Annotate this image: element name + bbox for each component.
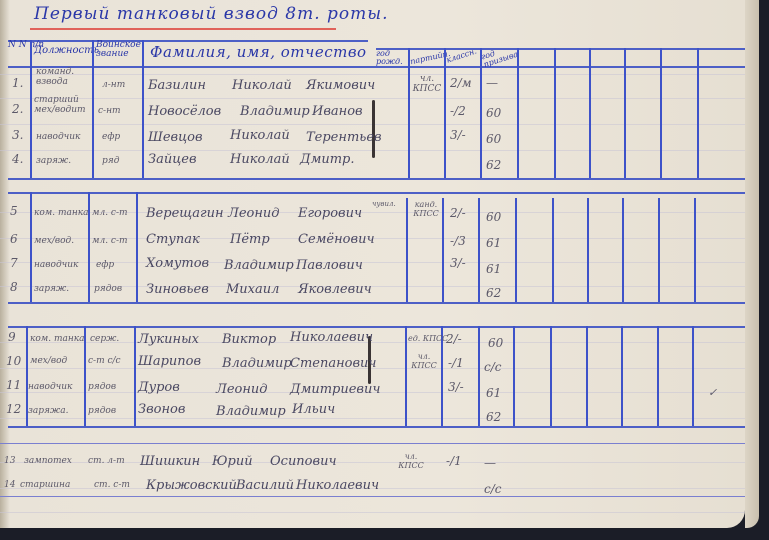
- cell-num: 1.: [12, 76, 23, 90]
- cell-call-year: 61: [486, 236, 501, 250]
- cell-class: 3/-: [450, 128, 466, 142]
- cell-surname: Зиновьев: [146, 282, 209, 297]
- cell-surname: Зайцев: [148, 152, 197, 167]
- cell-rank: с-т с/с: [88, 356, 121, 366]
- cell-name: Николай: [230, 128, 290, 143]
- cell-patronymic: Николаевич: [290, 330, 373, 345]
- cell-num: 11: [6, 378, 21, 392]
- cell-rank: ефр: [96, 260, 114, 270]
- cell-class: -/2: [450, 104, 466, 118]
- cell-class: -/1: [446, 454, 462, 468]
- cell-call-year: с/с: [484, 360, 501, 374]
- cell-rank: ст. с-т: [94, 480, 130, 490]
- cell-patronymic: Николаевич: [296, 478, 379, 493]
- cell-name: Василий: [236, 478, 294, 493]
- cell-name: Николай: [230, 152, 290, 167]
- cell-patronymic: Яковлевич: [298, 282, 372, 297]
- cell-party: ед. КПСС: [408, 334, 448, 343]
- cell-num: 4.: [12, 152, 23, 166]
- cell-name: Леонид: [216, 382, 268, 397]
- cell-call-year: —: [486, 76, 498, 90]
- cell-patronymic: Терентьев: [306, 130, 382, 145]
- cell-position: заряжа.: [28, 406, 68, 416]
- cell-patronymic: Осипович: [270, 454, 337, 469]
- cell-position: команд. взвода: [36, 68, 88, 88]
- cell-surname: Новосёлов: [148, 104, 221, 119]
- cell-num: 5: [10, 204, 18, 218]
- cell-position: ком. танка: [34, 208, 89, 218]
- header-fio: Фамилия, имя, отчество: [150, 45, 367, 61]
- cell-party: чл. КПСС: [408, 352, 440, 370]
- cell-surname: Дуров: [138, 380, 180, 395]
- cell-call-year: 62: [486, 286, 501, 300]
- cell-rank: с-нт: [98, 106, 121, 116]
- cell-num: 2.: [12, 102, 23, 116]
- cell-surname: Базилин: [148, 78, 206, 93]
- cell-position: наводчик: [28, 382, 72, 392]
- cell-rank: мл. с-т: [92, 236, 128, 246]
- cell-num: 7: [10, 256, 18, 270]
- cell-surname: Верещагин: [146, 206, 224, 221]
- cell-patronymic: Иванов: [312, 104, 363, 119]
- page-edge: [745, 0, 759, 528]
- cell-name: Николай: [232, 78, 292, 93]
- cell-call-year: 61: [486, 262, 501, 276]
- cell-num: 12: [6, 402, 21, 416]
- cell-call-year: 60: [486, 132, 501, 146]
- cell-surname: Звонов: [138, 402, 185, 417]
- cell-call-year: —: [484, 456, 496, 470]
- cell-num: 6: [10, 232, 18, 246]
- cell-position: мех/вод: [30, 356, 67, 366]
- pencil-bracket: [372, 100, 375, 158]
- cell-class: -/3: [450, 234, 466, 248]
- header-birth-year: год рожд.: [376, 50, 406, 67]
- cell-position: наводчик: [36, 132, 80, 142]
- cell-num: 9: [8, 330, 16, 344]
- cell-call-year: 62: [486, 410, 501, 424]
- cell-rank: ефр: [102, 132, 120, 142]
- cell-patronymic: Семёнович: [298, 232, 375, 247]
- cell-patronymic: Ильич: [292, 402, 335, 417]
- cell-name: Михаил: [226, 282, 279, 297]
- cell-call-year: 62: [486, 158, 501, 172]
- cell-rank: рядов: [88, 406, 116, 416]
- cell-rank: л-нт: [102, 80, 125, 90]
- notebook-page: Первый танковый взвод 8т. роты. N N п/п …: [0, 0, 745, 528]
- cell-call-year: 60: [486, 106, 501, 120]
- cell-num: 10: [6, 354, 21, 368]
- cell-surname: Хомутов: [146, 256, 209, 271]
- cell-num: 13: [4, 456, 15, 466]
- cell-party: чл. КПСС: [396, 452, 426, 470]
- cell-rank: рядов: [94, 284, 122, 294]
- cell-class: 2/м: [450, 76, 472, 90]
- cell-class: -/1: [448, 356, 464, 370]
- cell-name: Виктор: [222, 332, 276, 347]
- cell-name: Пётр: [230, 232, 270, 247]
- cell-rank: рядов: [88, 382, 116, 392]
- cell-position: мех/вод.: [34, 236, 74, 246]
- spine-shadow: [0, 0, 10, 528]
- cell-surname: Лукиных: [138, 332, 199, 347]
- cell-party: чл. КПСС: [412, 74, 442, 94]
- cell-num: 8: [10, 280, 18, 294]
- cell-name: Владимир: [240, 104, 310, 119]
- cell-surname: Шевцов: [148, 130, 203, 145]
- cell-call-year: с/с: [484, 482, 501, 496]
- cell-rank: мл. с-т: [92, 208, 128, 218]
- cell-surname: Ступак: [146, 232, 200, 247]
- header-rank: Воинское звание: [96, 41, 140, 60]
- cell-patronymic: Степанович: [290, 356, 377, 371]
- cell-num: 14: [4, 480, 15, 490]
- cell-patronymic: Егорович: [298, 206, 362, 221]
- cell-name: Владимир: [222, 356, 292, 371]
- header-position: Должность: [34, 46, 99, 57]
- cell-position: старшина: [20, 480, 70, 490]
- cell-patronymic: Дмитриевич: [290, 382, 380, 397]
- cell-name: Владимир: [216, 404, 286, 419]
- cell-surname: Крыжовский: [146, 478, 237, 493]
- cell-num: 3.: [12, 128, 23, 142]
- cell-call-year: 61: [486, 386, 501, 400]
- header-class: классн.: [445, 47, 477, 65]
- check-mark: ✓: [708, 386, 717, 399]
- cell-surname: Шарипов: [138, 354, 201, 369]
- cell-position: старший мех/водит: [34, 96, 90, 116]
- cell-patronymic: Дмитр.: [300, 152, 355, 167]
- cell-class: 3/-: [450, 256, 466, 270]
- cell-rank: ряд: [102, 156, 119, 166]
- title-underline: [30, 28, 336, 30]
- cell-surname: Шишкин: [140, 454, 200, 469]
- cell-name: Леонид: [228, 206, 280, 221]
- cell-class: 2/-: [446, 332, 462, 346]
- cell-position: зампотех: [24, 456, 72, 466]
- cell-rank: серж.: [90, 334, 119, 344]
- cell-patronymic: Якимович: [306, 78, 375, 93]
- cell-call-year: 60: [488, 336, 503, 350]
- cell-party: канд. КПСС: [410, 200, 442, 218]
- cell-name: Юрий: [212, 454, 253, 469]
- cell-name: Владимир: [224, 258, 294, 273]
- cell-patronymic: Павлович: [296, 258, 363, 273]
- cell-position: заряж.: [34, 284, 69, 294]
- cell-call-year: 60: [486, 210, 501, 224]
- page-title: Первый танковый взвод 8т. роты.: [34, 4, 389, 24]
- cell-position: ком. танка: [30, 334, 85, 344]
- cell-position: заряж.: [36, 156, 71, 166]
- cell-class: 2/-: [450, 206, 466, 220]
- cell-birth-year: чувил.: [372, 200, 396, 208]
- cell-class: 3/-: [448, 380, 464, 394]
- cell-position: наводчик: [34, 260, 78, 270]
- cell-rank: ст. л-т: [88, 456, 125, 466]
